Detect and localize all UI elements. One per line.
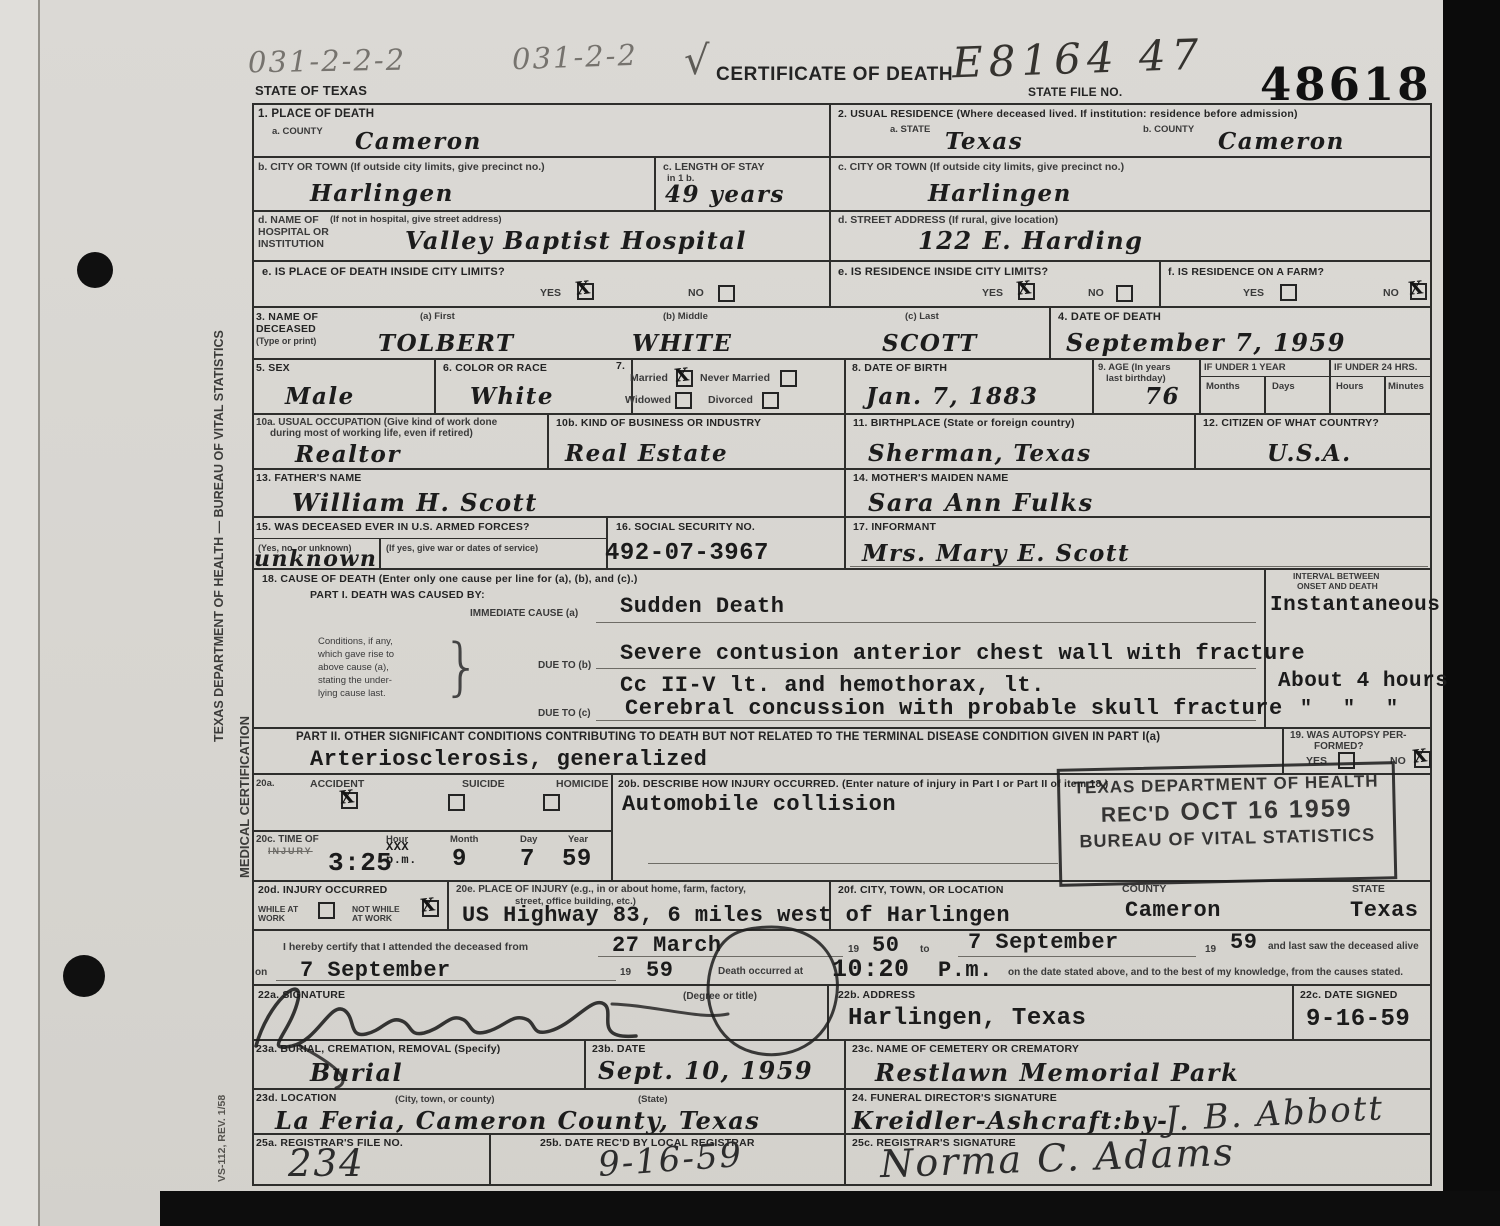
yes-label: YES [1243, 287, 1264, 300]
no-label: NO [1383, 287, 1399, 300]
form-line [1049, 306, 1051, 360]
form-code-vertical-text: VS-112, REV. 1/58 [216, 1095, 228, 1182]
minutes-label: Minutes [1388, 381, 1424, 392]
form-line [611, 773, 613, 882]
residence-city-value: Harlingen [928, 180, 1072, 207]
suicide-checkbox [448, 794, 465, 811]
date-signed-label: 22c. DATE SIGNED [1300, 989, 1398, 1002]
scanner-band-right [1443, 0, 1500, 1226]
armed-forces-sub2: (If yes, give war or dates of service) [386, 543, 538, 554]
ssn-label: 16. SOCIAL SECURITY NO. [616, 521, 755, 534]
form-line [844, 468, 846, 518]
pencil-note-2: 031-2-2 [511, 38, 638, 76]
conditions-note-4: stating the under- [318, 675, 392, 686]
form-line [252, 260, 1432, 262]
place-of-injury-label-1: 20e. PLACE OF INJURY (e.g., in or about … [456, 884, 746, 896]
on-word: on [255, 967, 267, 979]
first-name-label: (a) First [420, 311, 455, 322]
residence-state-value: Texas [945, 128, 1023, 155]
date-of-death-label: 4. DATE OF DEATH [1058, 311, 1161, 324]
married-checkbox: X [676, 370, 693, 387]
name-of-label: 3. NAME OF [256, 311, 318, 324]
place-of-injury-value: US Highway 83, 6 miles west of Harlingen [462, 903, 1010, 928]
day-value: 7 [520, 846, 535, 873]
received-stamp: TEXAS DEPARTMENT OF HEALTH REC'DOCT 16 1… [1057, 761, 1398, 887]
form-line [252, 306, 1432, 308]
deceased-label: DECEASED [256, 323, 316, 336]
checkbox-x-mark: X [674, 364, 690, 386]
mother-maiden-name-value: Sara Ann Fulks [868, 488, 1094, 517]
form-line [654, 156, 656, 212]
checkbox-x-mark: X [339, 786, 355, 808]
sex-label: 5. SEX [256, 362, 290, 375]
date-of-birth-label: 8. DATE OF BIRTH [852, 362, 947, 375]
informant-label: 17. INFORMANT [853, 521, 936, 534]
form-line [252, 210, 1432, 212]
form-line [844, 1133, 846, 1186]
while-at-work-label-2: WORK [258, 913, 285, 923]
form-line [447, 880, 449, 931]
first-name-value: TOLBERT [378, 330, 515, 357]
pencil-checkmark: √ [684, 38, 712, 84]
farm-yes-checkbox [1280, 284, 1297, 301]
medical-certification-vertical-text: MEDICAL CERTIFICATION [237, 716, 252, 878]
date-of-death-value: September 7, 1959 [1066, 328, 1346, 357]
form-line [252, 727, 1432, 729]
how-injury-occurred-value: Automobile collision [622, 792, 896, 817]
suicide-label: SUICIDE [462, 778, 505, 791]
homicide-checkbox [543, 794, 560, 811]
hospital-name-label: d. NAME OF [258, 214, 319, 227]
injury-city-label: 20f. CITY, TOWN, OR LOCATION [838, 884, 1004, 897]
form-line [252, 468, 1432, 470]
file-number-handwritten: E8164 47 [951, 30, 1205, 88]
accident-section-label: 20a. [256, 778, 275, 789]
form-line [1292, 984, 1294, 1041]
rule-line [276, 980, 616, 981]
cause-c-value: Cerebral concussion with probable skull … [625, 696, 1283, 721]
funeral-director-label: 24. FUNERAL DIRECTOR'S SIGNATURE [852, 1092, 1057, 1105]
if-under-24-hrs-label: IF UNDER 24 HRS. [1334, 362, 1417, 373]
attended-to-year: 59 [1230, 930, 1257, 955]
form-line [1264, 376, 1266, 415]
last-name-value: SCOTT [882, 330, 978, 357]
stamp-date: OCT 16 1959 [1180, 794, 1353, 826]
date-of-birth-value: Jan. 7, 1883 [866, 383, 1039, 410]
form-line [252, 1039, 1432, 1041]
form-line [252, 984, 1432, 986]
form-line [252, 568, 1432, 570]
death-city-limits-label: e. IS PLACE OF DEATH INSIDE CITY LIMITS? [262, 266, 505, 279]
type-or-print-label: (Type or print) [256, 336, 316, 347]
address-label: 22b. ADDRESS [838, 989, 915, 1002]
form-line [1092, 358, 1094, 415]
am-struck-out: XXX [386, 840, 409, 854]
form-line [1430, 103, 1432, 1186]
cemetery-label: 23c. NAME OF CEMETERY OR CREMATORY [852, 1043, 1079, 1056]
length-of-stay-label: c. LENGTH OF STAY [663, 161, 765, 174]
rule-line [596, 668, 1256, 669]
paper-edge [0, 0, 40, 1226]
widowed-checkbox [675, 392, 692, 409]
rule-line [850, 566, 1428, 567]
rule-line [648, 863, 1058, 864]
middle-name-label: (b) Middle [663, 311, 708, 322]
hospital-name-paren: (If not in hospital, give street address… [330, 214, 502, 225]
checkbox-x-mark: X [1408, 277, 1424, 299]
part-2-label: PART II. OTHER SIGNIFICANT CONDITIONS CO… [296, 731, 1160, 745]
hospital-value: Valley Baptist Hospital [405, 226, 747, 255]
burial-date-value: Sept. 10, 1959 [598, 1056, 813, 1085]
form-line [844, 413, 846, 470]
form-line [844, 1039, 846, 1090]
year-value: 59 [562, 846, 592, 873]
scanner-band-bottom [160, 1191, 1500, 1226]
interval-header-2: ONSET AND DEATH [1297, 581, 1378, 591]
pm-label: p.m. [386, 853, 417, 867]
year-prefix: 19 [620, 967, 631, 979]
no-label: NO [688, 287, 704, 300]
time-of-injury-label: 20c. TIME OF [256, 834, 319, 846]
checkbox-x-mark: X [420, 894, 436, 916]
to-word: to [920, 944, 929, 956]
form-line [844, 1088, 846, 1135]
if-under-1-year-label: IF UNDER 1 YEAR [1204, 362, 1286, 373]
last-name-label: (c) Last [905, 311, 939, 322]
interval-header-1: INTERVAL BETWEEN [1293, 571, 1379, 581]
punch-hole-bottom [63, 955, 105, 997]
death-occurred-at-label: Death occurred at [718, 966, 803, 978]
burial-label: 23a. BURIAL, CREMATION, REMOVAL (Specify… [256, 1043, 500, 1056]
interval-b-value: About 4 hours [1278, 670, 1448, 693]
widowed-label: Widowed [625, 394, 671, 407]
yes-label: YES [540, 287, 561, 300]
form-line [489, 1133, 491, 1186]
not-while-at-work-label-2: AT WORK [352, 913, 392, 923]
form-line [844, 516, 846, 570]
residence-limits-no-checkbox [1116, 285, 1133, 302]
injury-state-value: Texas [1350, 898, 1419, 923]
date-signed-value: 9-16-59 [1306, 1006, 1410, 1033]
certify-statement-pre: I hereby certify that I attended the dec… [283, 941, 528, 954]
form-line [252, 830, 612, 832]
time-of-injury-struck-word: INJURY [268, 846, 313, 857]
burial-date-label: 23b. DATE [592, 1043, 646, 1056]
day-label: Day [520, 834, 537, 845]
occupation-value: Realtor [295, 441, 401, 468]
residence-county-label: b. COUNTY [1143, 124, 1194, 135]
residence-city-limits-label: e. IS RESIDENCE INSIDE CITY LIMITS? [838, 266, 1048, 279]
form-line [252, 538, 607, 539]
residence-county-value: Cameron [1218, 128, 1345, 155]
length-of-stay-value: 49 years [665, 181, 785, 208]
form-line [252, 103, 254, 1186]
rule-line [958, 956, 1196, 957]
last-alive-year: 59 [646, 958, 673, 983]
state-of-texas-label: STATE OF TEXAS [255, 83, 367, 99]
state-sublabel: (State) [638, 1094, 668, 1105]
industry-label: 10b. KIND OF BUSINESS OR INDUSTRY [556, 417, 761, 430]
how-injury-occurred-label: 20b. DESCRIBE HOW INJURY OCCURRED. (Ente… [618, 778, 1108, 791]
immediate-cause-value: Sudden Death [620, 594, 784, 619]
month-label: Month [450, 834, 479, 845]
attended-from-date: 27 March [612, 933, 722, 958]
address-value: Harlingen, Texas [848, 1005, 1086, 1032]
form-line [547, 413, 549, 470]
conditions-note-5: lying cause last. [318, 688, 386, 699]
father-name-value: William H. Scott [292, 488, 538, 517]
street-address-value: 122 E. Harding [918, 226, 1143, 255]
form-line [379, 538, 381, 568]
never-married-checkbox [780, 370, 797, 387]
page-title: CERTIFICATE OF DEATH [716, 64, 953, 87]
form-line [252, 156, 1432, 158]
rule-line [598, 956, 843, 957]
year-label: Year [568, 834, 588, 845]
form-line [1199, 358, 1201, 415]
stamp-recd: REC'D [1101, 802, 1171, 827]
birthplace-label: 11. BIRTHPLACE (State or foreign country… [853, 417, 1075, 430]
institution-label: INSTITUTION [258, 238, 324, 251]
occupation-label-2: during most of working life, even if ret… [270, 428, 473, 440]
divorced-checkbox [762, 392, 779, 409]
while-at-work-checkbox [318, 902, 335, 919]
sex-value: Male [285, 383, 355, 410]
form-line [1329, 358, 1331, 415]
injury-county-label: COUNTY [1122, 883, 1166, 896]
residence-farm-label: f. IS RESIDENCE ON A FARM? [1168, 266, 1324, 279]
form-line [1194, 413, 1196, 470]
state-file-no-label: STATE FILE NO. [1028, 85, 1122, 99]
cemetery-value: Restlawn Memorial Park [875, 1058, 1239, 1087]
mother-maiden-name-label: 14. MOTHER'S MAIDEN NAME [853, 472, 1008, 485]
checkbox-x-mark: X [575, 277, 591, 299]
burial-value: Burial [310, 1058, 403, 1087]
form-line [252, 1088, 1432, 1090]
citizen-label: 12. CITIZEN OF WHAT COUNTRY? [1203, 417, 1379, 430]
death-certificate-scan: TEXAS DEPARTMENT OF HEALTH — BUREAU OF V… [0, 0, 1500, 1226]
injury-county-value: Cameron [1125, 898, 1221, 923]
pencil-note-1: 031-2-2-2 [248, 43, 407, 80]
armed-forces-value: unknown [254, 546, 377, 572]
married-label: Married [630, 372, 668, 385]
hospital-or-label: HOSPITAL OR [258, 226, 329, 239]
funeral-director-typed: Kreidler-Ashcraft:by- [852, 1106, 1169, 1135]
burial-location-value: La Feria, Cameron County, Texas [275, 1106, 760, 1135]
immediate-cause-label: IMMEDIATE CAUSE (a) [470, 608, 578, 620]
injury-occurred-label: 20d. INJURY OCCURRED [258, 884, 387, 897]
injury-state-label: STATE [1352, 883, 1385, 896]
due-to-c-label: DUE TO (c) [538, 708, 591, 720]
certify-statement-tail: on the date stated above, and to the bes… [1008, 967, 1403, 979]
form-line [252, 413, 1432, 415]
residence-city-label: c. CITY OR TOWN (If outside city limits,… [838, 161, 1124, 174]
punch-hole-top [77, 252, 113, 288]
days-label: Days [1272, 381, 1295, 392]
agency-vertical-text: TEXAS DEPARTMENT OF HEALTH — BUREAU OF V… [212, 330, 226, 742]
industry-value: Real Estate [565, 440, 728, 467]
death-limits-no-checkbox [718, 285, 735, 302]
conditions-note-2: which gave rise to [318, 649, 394, 660]
ssn-value: 492-07-3967 [605, 540, 769, 567]
stamp-line-2: REC'DOCT 16 1959 [1060, 793, 1393, 830]
conditions-note-1: Conditions, if any, [318, 636, 393, 647]
citizen-value: U.S.A. [1267, 440, 1352, 467]
part-1-label: PART I. DEATH WAS CAUSED BY: [310, 589, 485, 602]
year-prefix: 19 [1205, 944, 1216, 956]
accident-label: ACCIDENT [310, 778, 364, 791]
city-town-county-sublabel: (City, town, or county) [395, 1094, 495, 1105]
usual-residence-label: 2. USUAL RESIDENCE (Where deceased lived… [838, 108, 1298, 121]
form-line [584, 1039, 586, 1090]
never-married-label: Never Married [700, 372, 770, 385]
rule-line [596, 720, 1256, 721]
due-to-b-label: DUE TO (b) [538, 660, 591, 672]
checkbox-x-mark: X [1016, 277, 1032, 299]
form-line [829, 103, 831, 308]
month-value: 9 [452, 846, 467, 873]
farm-no-checkbox: X [1410, 283, 1427, 300]
birthplace-value: Sherman, Texas [868, 440, 1092, 467]
attended-to-date: 7 September [968, 930, 1119, 955]
months-label: Months [1206, 381, 1240, 392]
father-name-label: 13. FATHER'S NAME [256, 472, 361, 485]
conditions-brace: } [442, 630, 481, 703]
county-value: Cameron [355, 128, 482, 155]
form-line [844, 358, 846, 415]
form-line [1159, 260, 1161, 308]
color-race-value: White [470, 383, 554, 410]
registrar-file-no-value: 234 [288, 1142, 365, 1185]
city-of-death-value: Harlingen [310, 180, 454, 207]
color-race-label: 6. COLOR OR RACE [443, 362, 547, 375]
rule-line [596, 622, 1256, 623]
interval-ditto-marks: " " " [1300, 698, 1399, 721]
yes-label: YES [982, 287, 1003, 300]
part-2-value: Arteriosclerosis, generalized [310, 747, 707, 772]
degree-or-title-label: (Degree or title) [683, 991, 757, 1003]
not-while-at-work-checkbox: X [422, 900, 439, 917]
residence-state-label: a. STATE [890, 124, 930, 135]
informant-value: Mrs. Mary E. Scott [862, 540, 1130, 567]
marital-section-label: 7. [616, 360, 625, 373]
hours-label: Hours [1336, 381, 1363, 392]
interval-a-value: Instantaneous [1270, 594, 1440, 617]
form-line [434, 358, 436, 415]
street-address-label: d. STREET ADDRESS (If rural, give locati… [838, 214, 1058, 227]
middle-name-value: WHITE [632, 330, 732, 357]
armed-forces-label: 15. WAS DECEASED EVER IN U.S. ARMED FORC… [256, 521, 530, 534]
burial-location-label: 23d. LOCATION [256, 1092, 337, 1105]
age-value: 76 [1145, 383, 1180, 410]
time-of-injury-value: 3:25 [328, 848, 392, 878]
certify-statement-alive: and last saw the deceased alive [1268, 941, 1419, 953]
cause-b-line2: Cc II-V lt. and hemothorax, lt. [620, 673, 1045, 698]
form-line [1384, 376, 1386, 415]
form-line [252, 103, 1432, 105]
homicide-label: HOMICIDE [556, 778, 609, 791]
death-time-pm: P.m. [938, 958, 993, 983]
autopsy-no-checkbox: X [1414, 751, 1431, 768]
checkbox-x-mark: X [1412, 745, 1428, 767]
place-of-death-label: 1. PLACE OF DEATH [258, 108, 374, 122]
divorced-label: Divorced [708, 394, 753, 407]
form-line [1200, 376, 1432, 377]
form-line [252, 358, 1432, 360]
cause-b-line1: Severe contusion anterior chest wall wit… [620, 641, 1305, 666]
no-label: NO [1088, 287, 1104, 300]
death-limits-yes-checkbox: X [577, 283, 594, 300]
residence-limits-yes-checkbox: X [1018, 283, 1035, 300]
form-line [252, 1184, 1432, 1186]
age-label-1: 9. AGE (In years [1098, 362, 1171, 373]
county-label: a. COUNTY [272, 126, 323, 137]
cause-of-death-label: 18. CAUSE OF DEATH (Enter only one cause… [262, 573, 638, 586]
death-time-value: 10:20 [832, 955, 910, 984]
accident-checkbox: X [341, 792, 358, 809]
signature-label: 22a. SIGNATURE [258, 989, 345, 1002]
conditions-note-3: above cause (a), [318, 662, 389, 673]
form-line [827, 984, 829, 1041]
city-or-town-label: b. CITY OR TOWN (If outside city limits,… [258, 161, 545, 174]
